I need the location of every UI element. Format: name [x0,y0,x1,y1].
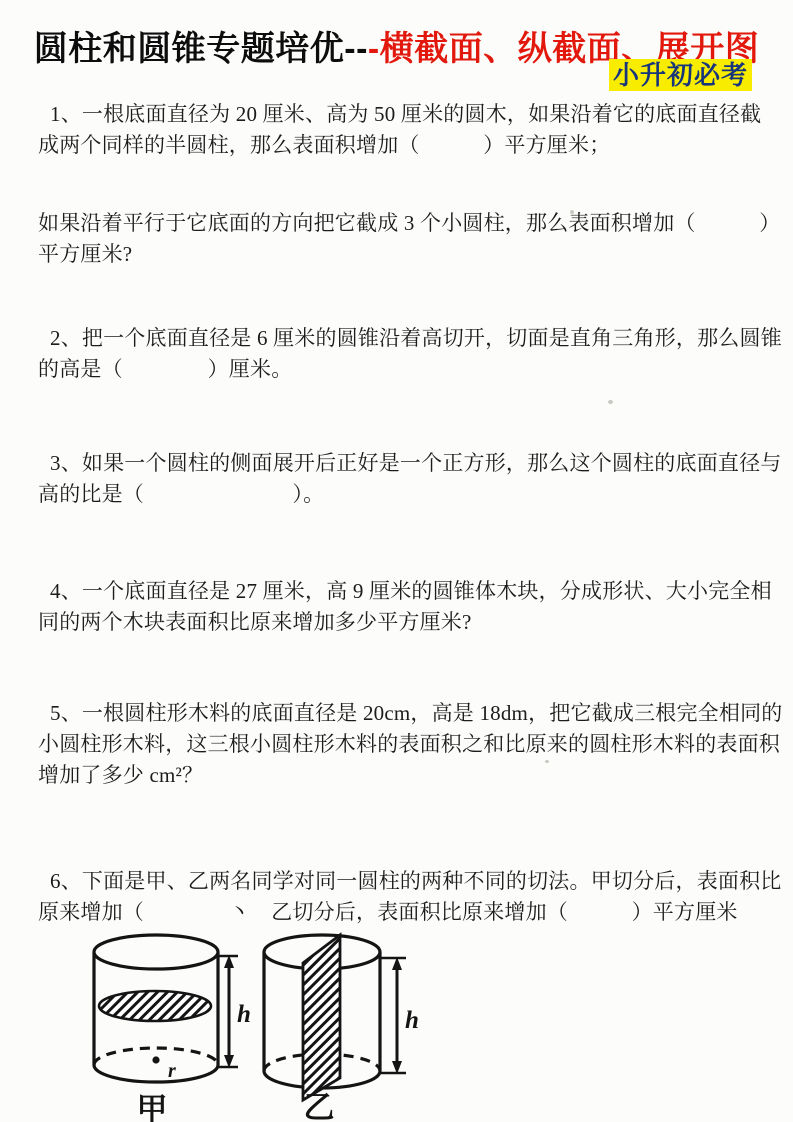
yi-height-label: h [405,1007,419,1034]
question-2-line-2: 的高是（ ）厘米。 [38,354,768,385]
question-5: 5、一根圆柱形木料的底面直径是 20cm，高是 18dm，把它截成三根完全相同的… [38,698,768,791]
cylinder-figures-svg: r h 甲 [76,930,496,1122]
question-4-line-2: 同的两个木块表面积比原来增加多少平方厘米? [38,607,768,638]
jia-height-label: h [237,1001,251,1028]
question-2-line-1: 2、把一个底面直径是 6 厘米的圆锥沿着高切开，切面是直角三角形，那么圆锥 [38,323,768,354]
worksheet-page: 圆柱和圆锥专题培优---横截面、纵截面、展开图 小升初必考 1、一根底面直径为 … [0,0,793,1122]
scan-speck [545,760,549,763]
jia-cross-section [99,991,211,1021]
question-5-line-3: 增加了多少 cm²？ [38,760,768,791]
question-3-line-1: 3、如果一个圆柱的侧面展开后正好是一个正方形，那么这个圆柱的底面直径与 [38,448,768,479]
question-1-line-1: 1、一根底面直径为 20 厘米、高为 50 厘米的圆木，如果沿着它的底面直径截 [38,99,768,130]
jia-top-rim [94,935,218,969]
question-6-line-1: 6、下面是甲、乙两名同学对同一圆柱的两种不同的切法。甲切分后，表面积比 [38,866,768,897]
yi-caption: 乙 [304,1090,335,1122]
question-3: 3、如果一个圆柱的侧面展开后正好是一个正方形，那么这个圆柱的底面直径与 高的比是… [38,448,768,510]
question-5-line-2: 小圆柱形木料，这三根小圆柱形木料的表面积之和比原来的圆柱形木料的表面积 [38,729,768,760]
page-title-black: 圆柱和圆锥专题培优-- [34,30,368,68]
question-1-followup-line-2: 平方厘米? [38,239,768,270]
question-6: 6、下面是甲、乙两名同学对同一圆柱的两种不同的切法。甲切分后，表面积比 原来增加… [38,866,768,928]
scan-speck [608,400,613,404]
scan-speck [570,210,574,214]
question-4: 4、一个底面直径是 27 厘米，高 9 厘米的圆锥体木块，分成形状、大小完全相 … [38,576,768,638]
cylinder-yi: h [264,935,419,1100]
question-2: 2、把一个底面直径是 6 厘米的圆锥沿着高切开，切面是直角三角形，那么圆锥 的高… [38,323,768,385]
question-3-line-2: 高的比是（ ）。 [38,479,768,510]
question-1: 1、一根底面直径为 20 厘米、高为 50 厘米的圆木，如果沿着它的底面直径截 … [38,99,768,161]
jia-bottom-front-rim [94,1065,218,1082]
question-6-line-2: 原来增加（ 丶 乙切分后，表面积比原来增加（ ）平方厘米 [38,897,768,928]
question-1-followup-line-1: 如果沿着平行于它底面的方向把它截成 3 个小圆柱，那么表面积增加（ ） [38,208,768,239]
jia-caption: 甲 [137,1092,168,1122]
exam-badge: 小升初必考 [609,59,752,91]
question-1-line-2: 成两个同样的半圆柱，那么表面积增加（ ）平方厘米； [38,130,768,161]
cylinder-jia: r h [94,935,251,1082]
question-4-line-1: 4、一个底面直径是 27 厘米，高 9 厘米的圆锥体木块，分成形状、大小完全相 [38,576,768,607]
jia-center-dot [152,1056,159,1063]
question-5-line-1: 5、一根圆柱形木料的底面直径是 20cm，高是 18dm，把它截成三根完全相同的 [38,698,768,729]
yi-cut-plane [303,935,340,1100]
cylinder-figures: r h 甲 [76,930,496,1122]
question-1-followup: 如果沿着平行于它底面的方向把它截成 3 个小圆柱，那么表面积增加（ ） 平方厘米… [38,208,768,270]
jia-radius-label: r [168,1060,176,1082]
